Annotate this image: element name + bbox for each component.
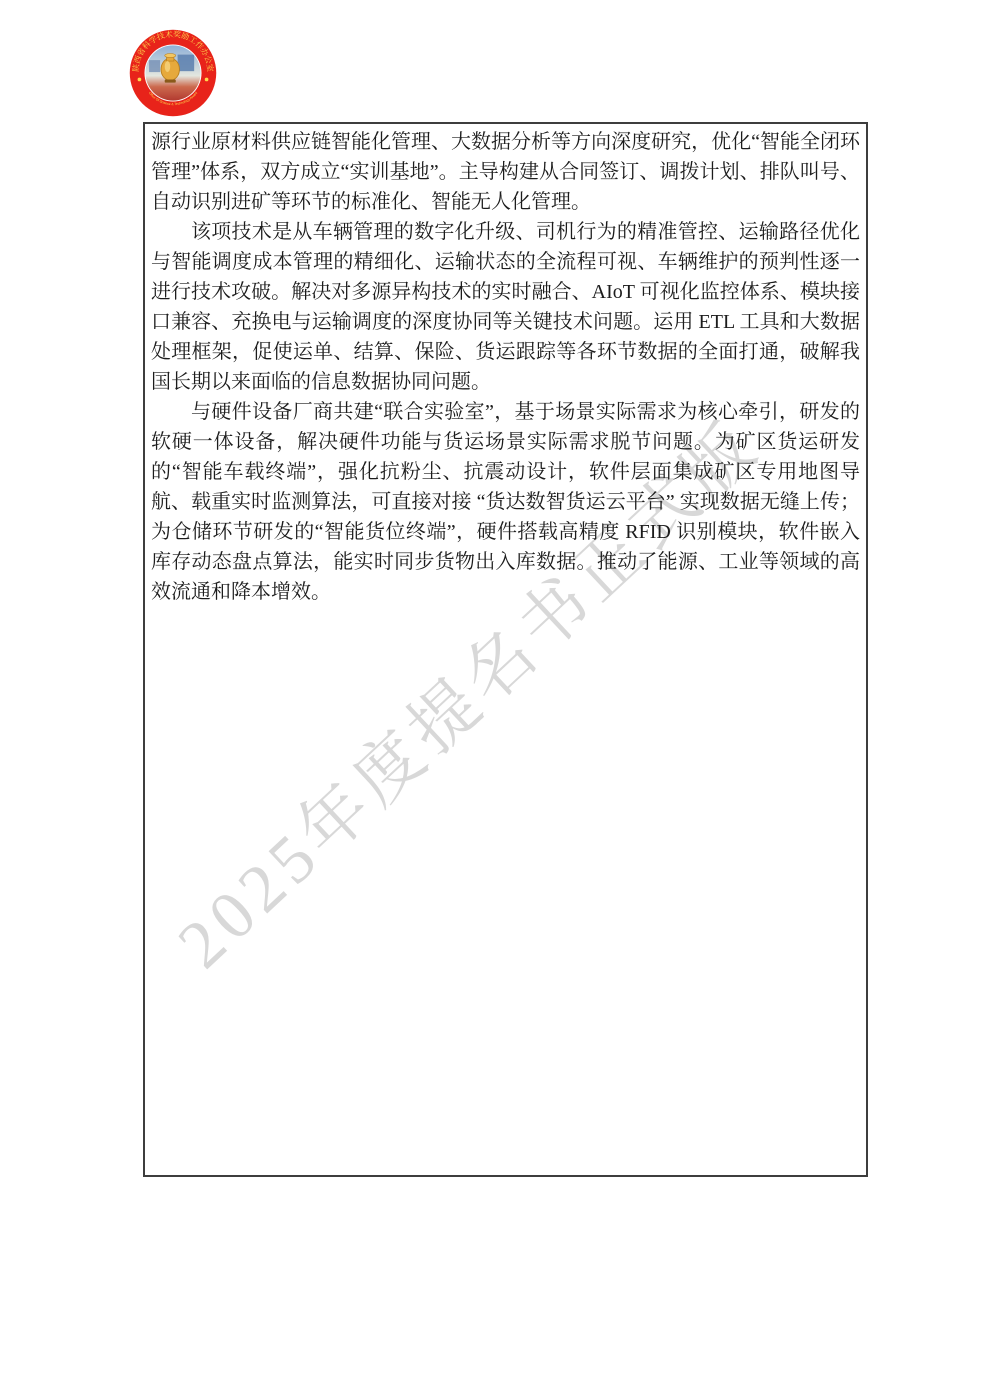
building-shape — [178, 55, 195, 72]
seal-star-left — [138, 78, 142, 82]
content-box: 源行业原材料供应链智能化管理、大数据分析等方向深度研究，优化“智能全闭环管理”体… — [143, 122, 868, 1177]
body-paragraph: 该项技术是从车辆管理的数字化升级、司机行为的精准管控、运输路径优化与智能调度成本… — [151, 217, 860, 397]
seal-star-right — [205, 78, 209, 82]
document-page: 2025年度提名书正式版 — [0, 0, 990, 1399]
org-seal-logo: 陕西省科学技术奖励工作办公室 Office Of Science & Techn… — [127, 27, 219, 119]
body-paragraph: 源行业原材料供应链智能化管理、大数据分析等方向深度研究，优化“智能全闭环管理”体… — [151, 127, 860, 217]
body-paragraph: 与硬件设备厂商共建“联合实验室”，基于场景实际需求为核心牵引，研发的软硬一体设备… — [151, 397, 860, 607]
building-shape — [149, 60, 160, 72]
